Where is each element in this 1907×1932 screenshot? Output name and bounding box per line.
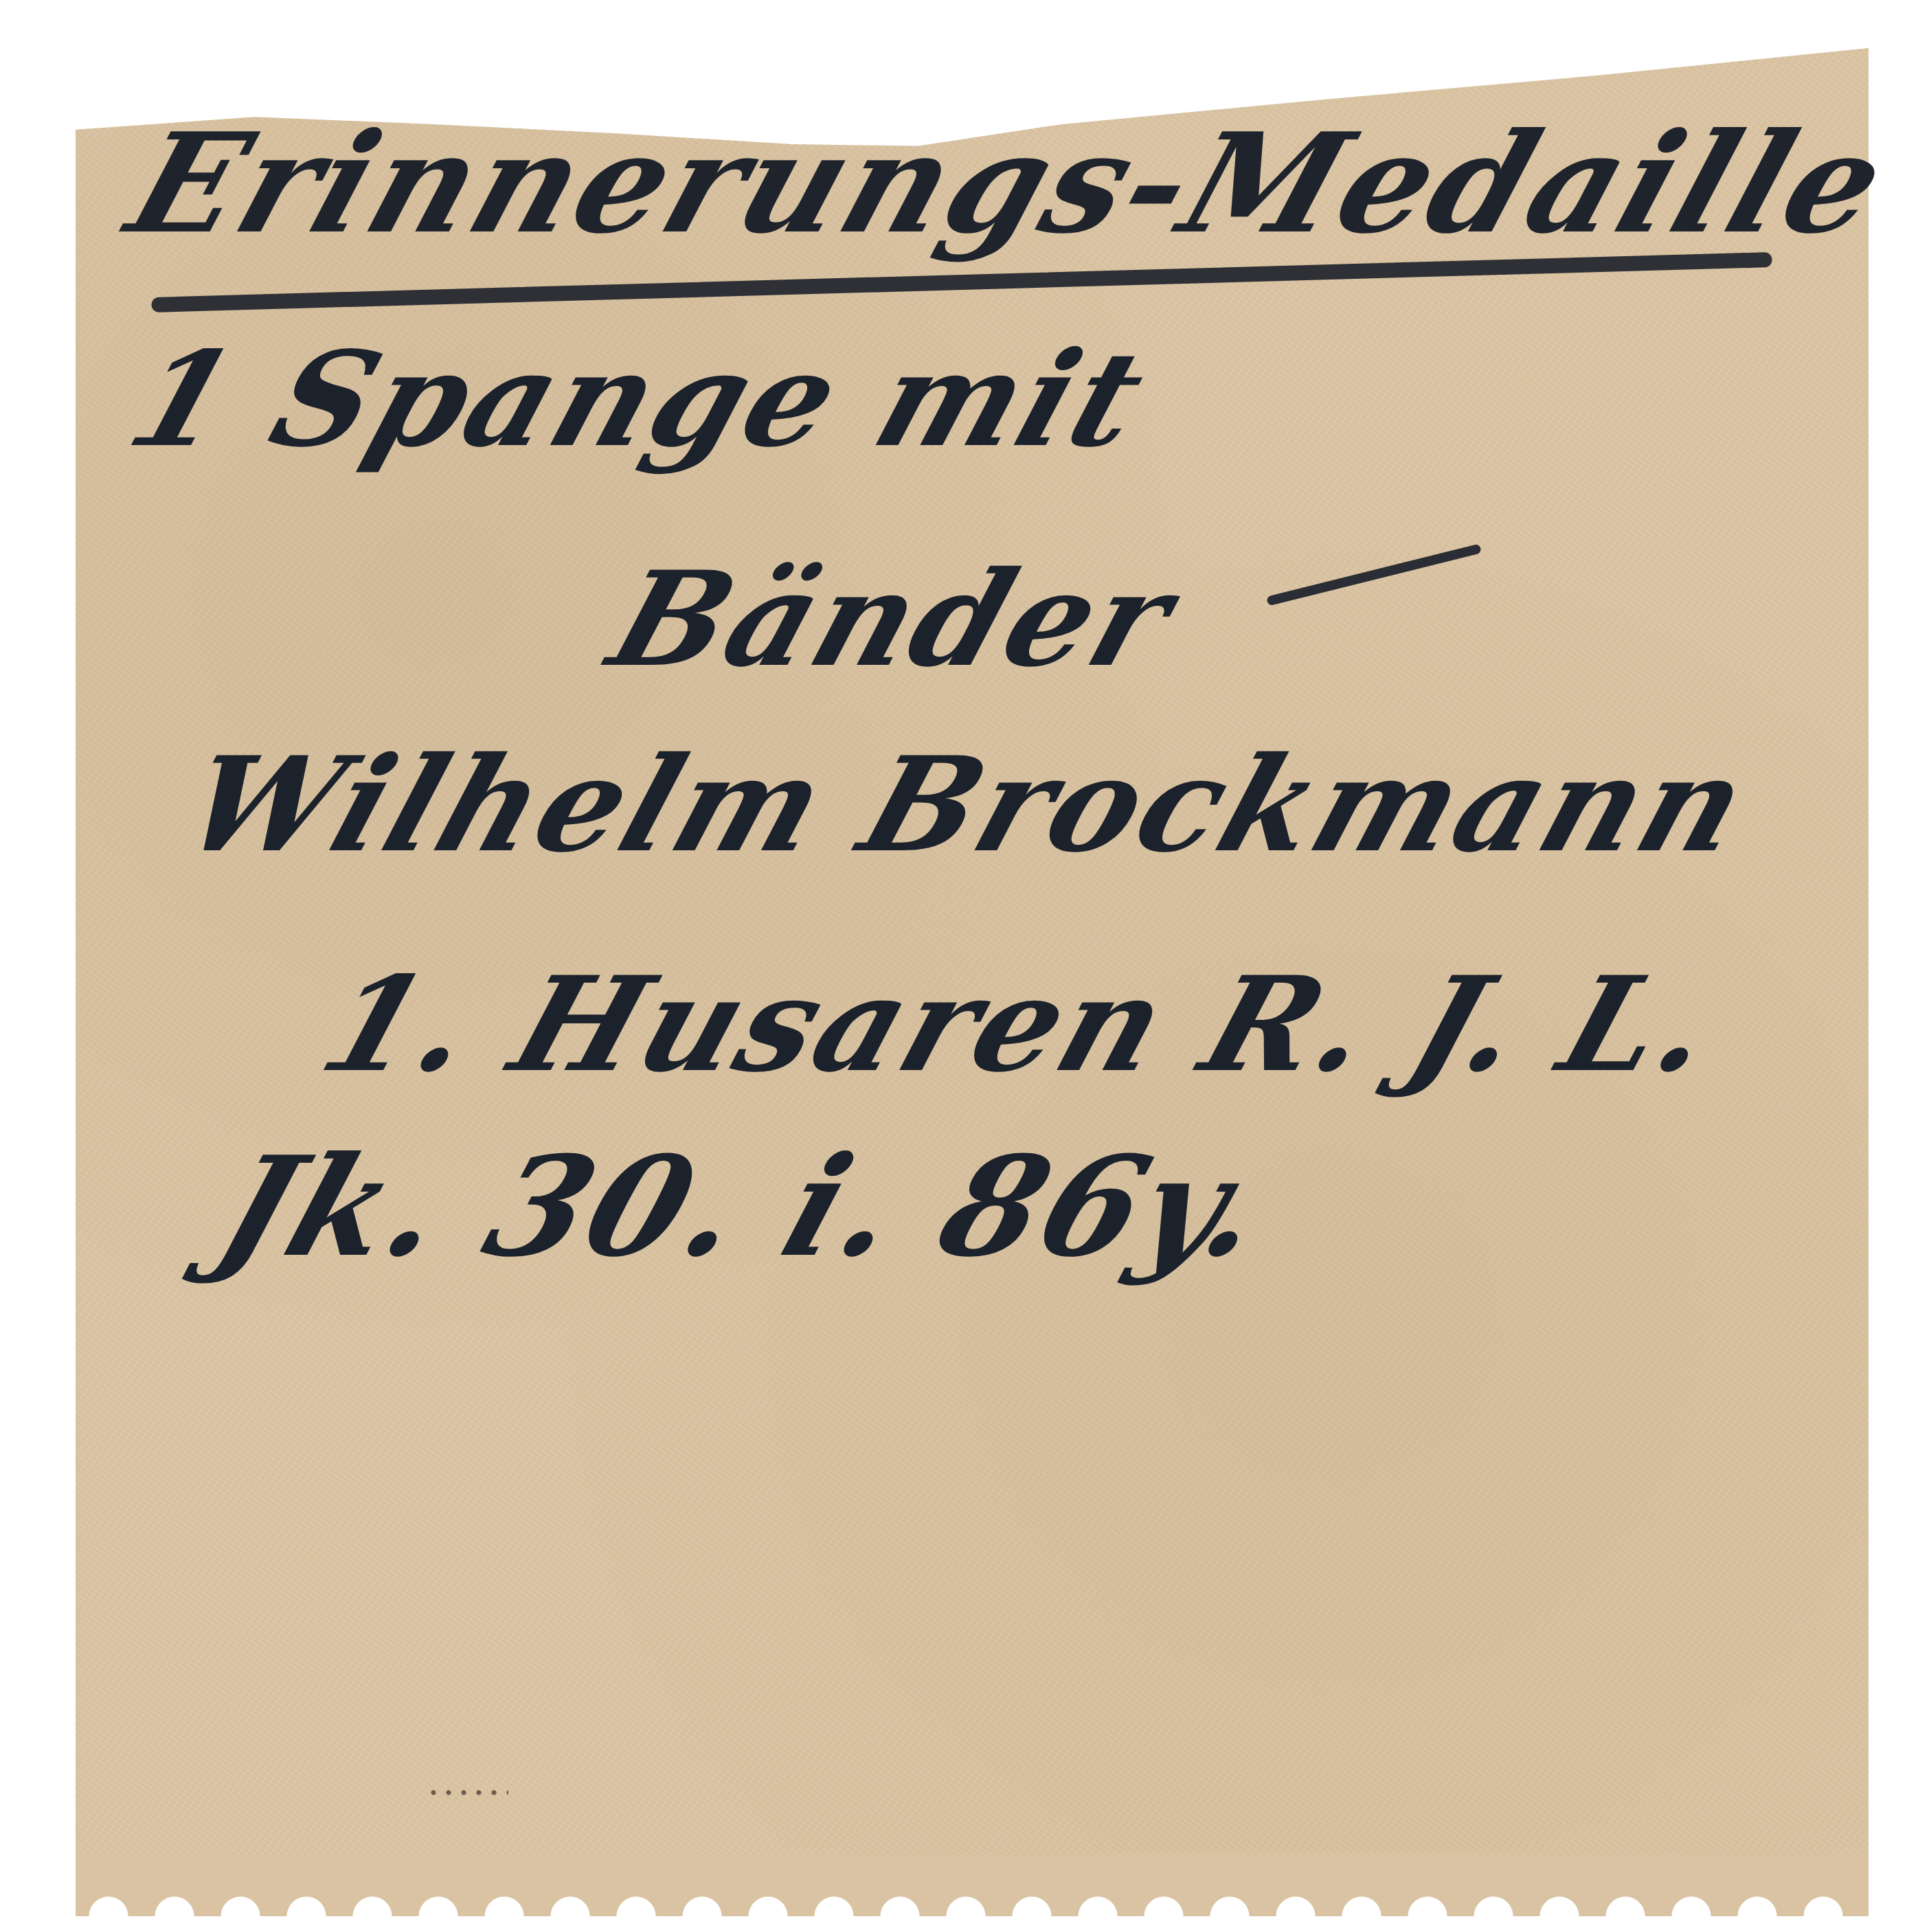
- line-regiment: 1. Husaren R. J. L.: [305, 948, 1736, 1101]
- perforated-edge: [76, 1854, 1869, 1916]
- line-ribbons: Bänder: [594, 543, 1193, 696]
- label-title: Erinnerungs-Medaille: [111, 103, 1906, 264]
- line-name: Wilhelm Brockmann: [168, 728, 1767, 881]
- line-reference: Jk. 30. i. 86y.: [201, 1126, 1288, 1288]
- line-clasp: 1 Spange mit: [113, 323, 1164, 476]
- ink-specks: [426, 1786, 508, 1799]
